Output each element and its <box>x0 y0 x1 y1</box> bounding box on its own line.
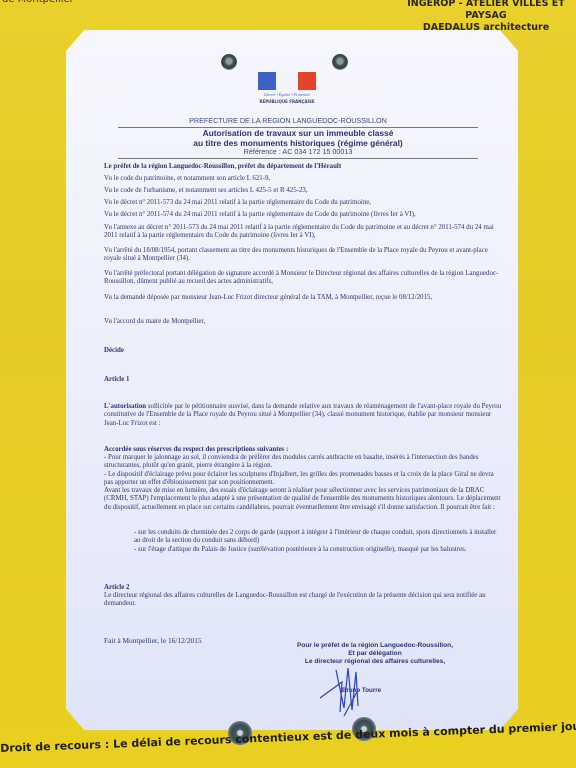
visa: Vu la demande déposée par monsieur Jean-… <box>104 294 504 302</box>
reference-number: Référence : AC 034 172 15 00013 <box>118 148 478 156</box>
screw-icon <box>221 54 237 70</box>
flag-blue-band <box>258 72 276 90</box>
visa: Vu le décret n° 2011-574 du 24 mai 2011 … <box>104 211 504 219</box>
article-1-lead: L'autorisation <box>104 403 146 410</box>
visa: Vu l'arrêté du 18/08/1954, portant class… <box>104 247 504 264</box>
visa: Vu l'annexe au décret n° 2011-573 du 24 … <box>104 224 504 241</box>
signature-line-2: Et par délégation <box>270 650 480 658</box>
visa: Vu le code du patrimoine, et notamment s… <box>104 175 504 183</box>
marianne-icon <box>276 72 298 90</box>
condition-item: - Pour marquer le jalonnage au sol, il c… <box>104 454 504 471</box>
visa: Vu l'accord du maire de Montpellier, <box>104 318 504 326</box>
panel-top-left-text: de Montpellier <box>2 0 74 5</box>
condition-item: Avant les travaux de mise en lumière, de… <box>104 487 504 512</box>
issuer: PREFECTURE DE LA REGION LANGUEDOC-ROUSSI… <box>0 116 576 125</box>
article-1-body: sollicitée par le pétitionnaire susvisé,… <box>104 403 501 427</box>
article-1-heading: Article 1 <box>104 376 504 384</box>
article-2-text: Le directeur régional des affaires cultu… <box>104 592 504 609</box>
signer-name: Bruno Tourre <box>342 687 381 694</box>
sub-condition-item: - sur les conduits de cheminée des 2 cor… <box>104 529 504 546</box>
article-1-text: L'autorisation sollicitée par le pétitio… <box>104 403 504 428</box>
signature-line-1: Pour le préfet de la région Languedoc-Ro… <box>270 642 480 650</box>
visa: Vu le code de l'urbanisme, et notamment … <box>104 187 504 195</box>
panel-credits: INGEROP - ATELIER VILLES ET PAYSAG DAEDA… <box>386 0 576 34</box>
logo-country: RÉPUBLIQUE FRANÇAISE <box>258 99 316 104</box>
credit-line-1: INGEROP - ATELIER VILLES ET PAYSAG <box>386 0 576 22</box>
prefet-heading: Le préfet de la région Languedoc-Roussil… <box>104 163 504 171</box>
flag-red-band <box>298 72 316 90</box>
visa: Vu l'arrêté préfectoral portant délégati… <box>104 270 504 287</box>
logo-motto: Liberté • Égalité • Fraternité <box>258 92 316 97</box>
republique-francaise-logo: Liberté • Égalité • Fraternité RÉPUBLIQU… <box>258 72 316 112</box>
decide-heading: Décide <box>104 347 504 355</box>
sub-condition-item: - sur l'étage d'attique du Palais de Jus… <box>104 546 504 554</box>
condition-item: - Le dispositif d'éclairage prévu pour é… <box>104 471 504 488</box>
document-title-box: Autorisation de travaux sur un immeuble … <box>118 127 478 159</box>
visa: Vu le décret n° 2011-573 du 24 mai 2011 … <box>104 199 504 207</box>
screw-icon <box>332 54 348 70</box>
